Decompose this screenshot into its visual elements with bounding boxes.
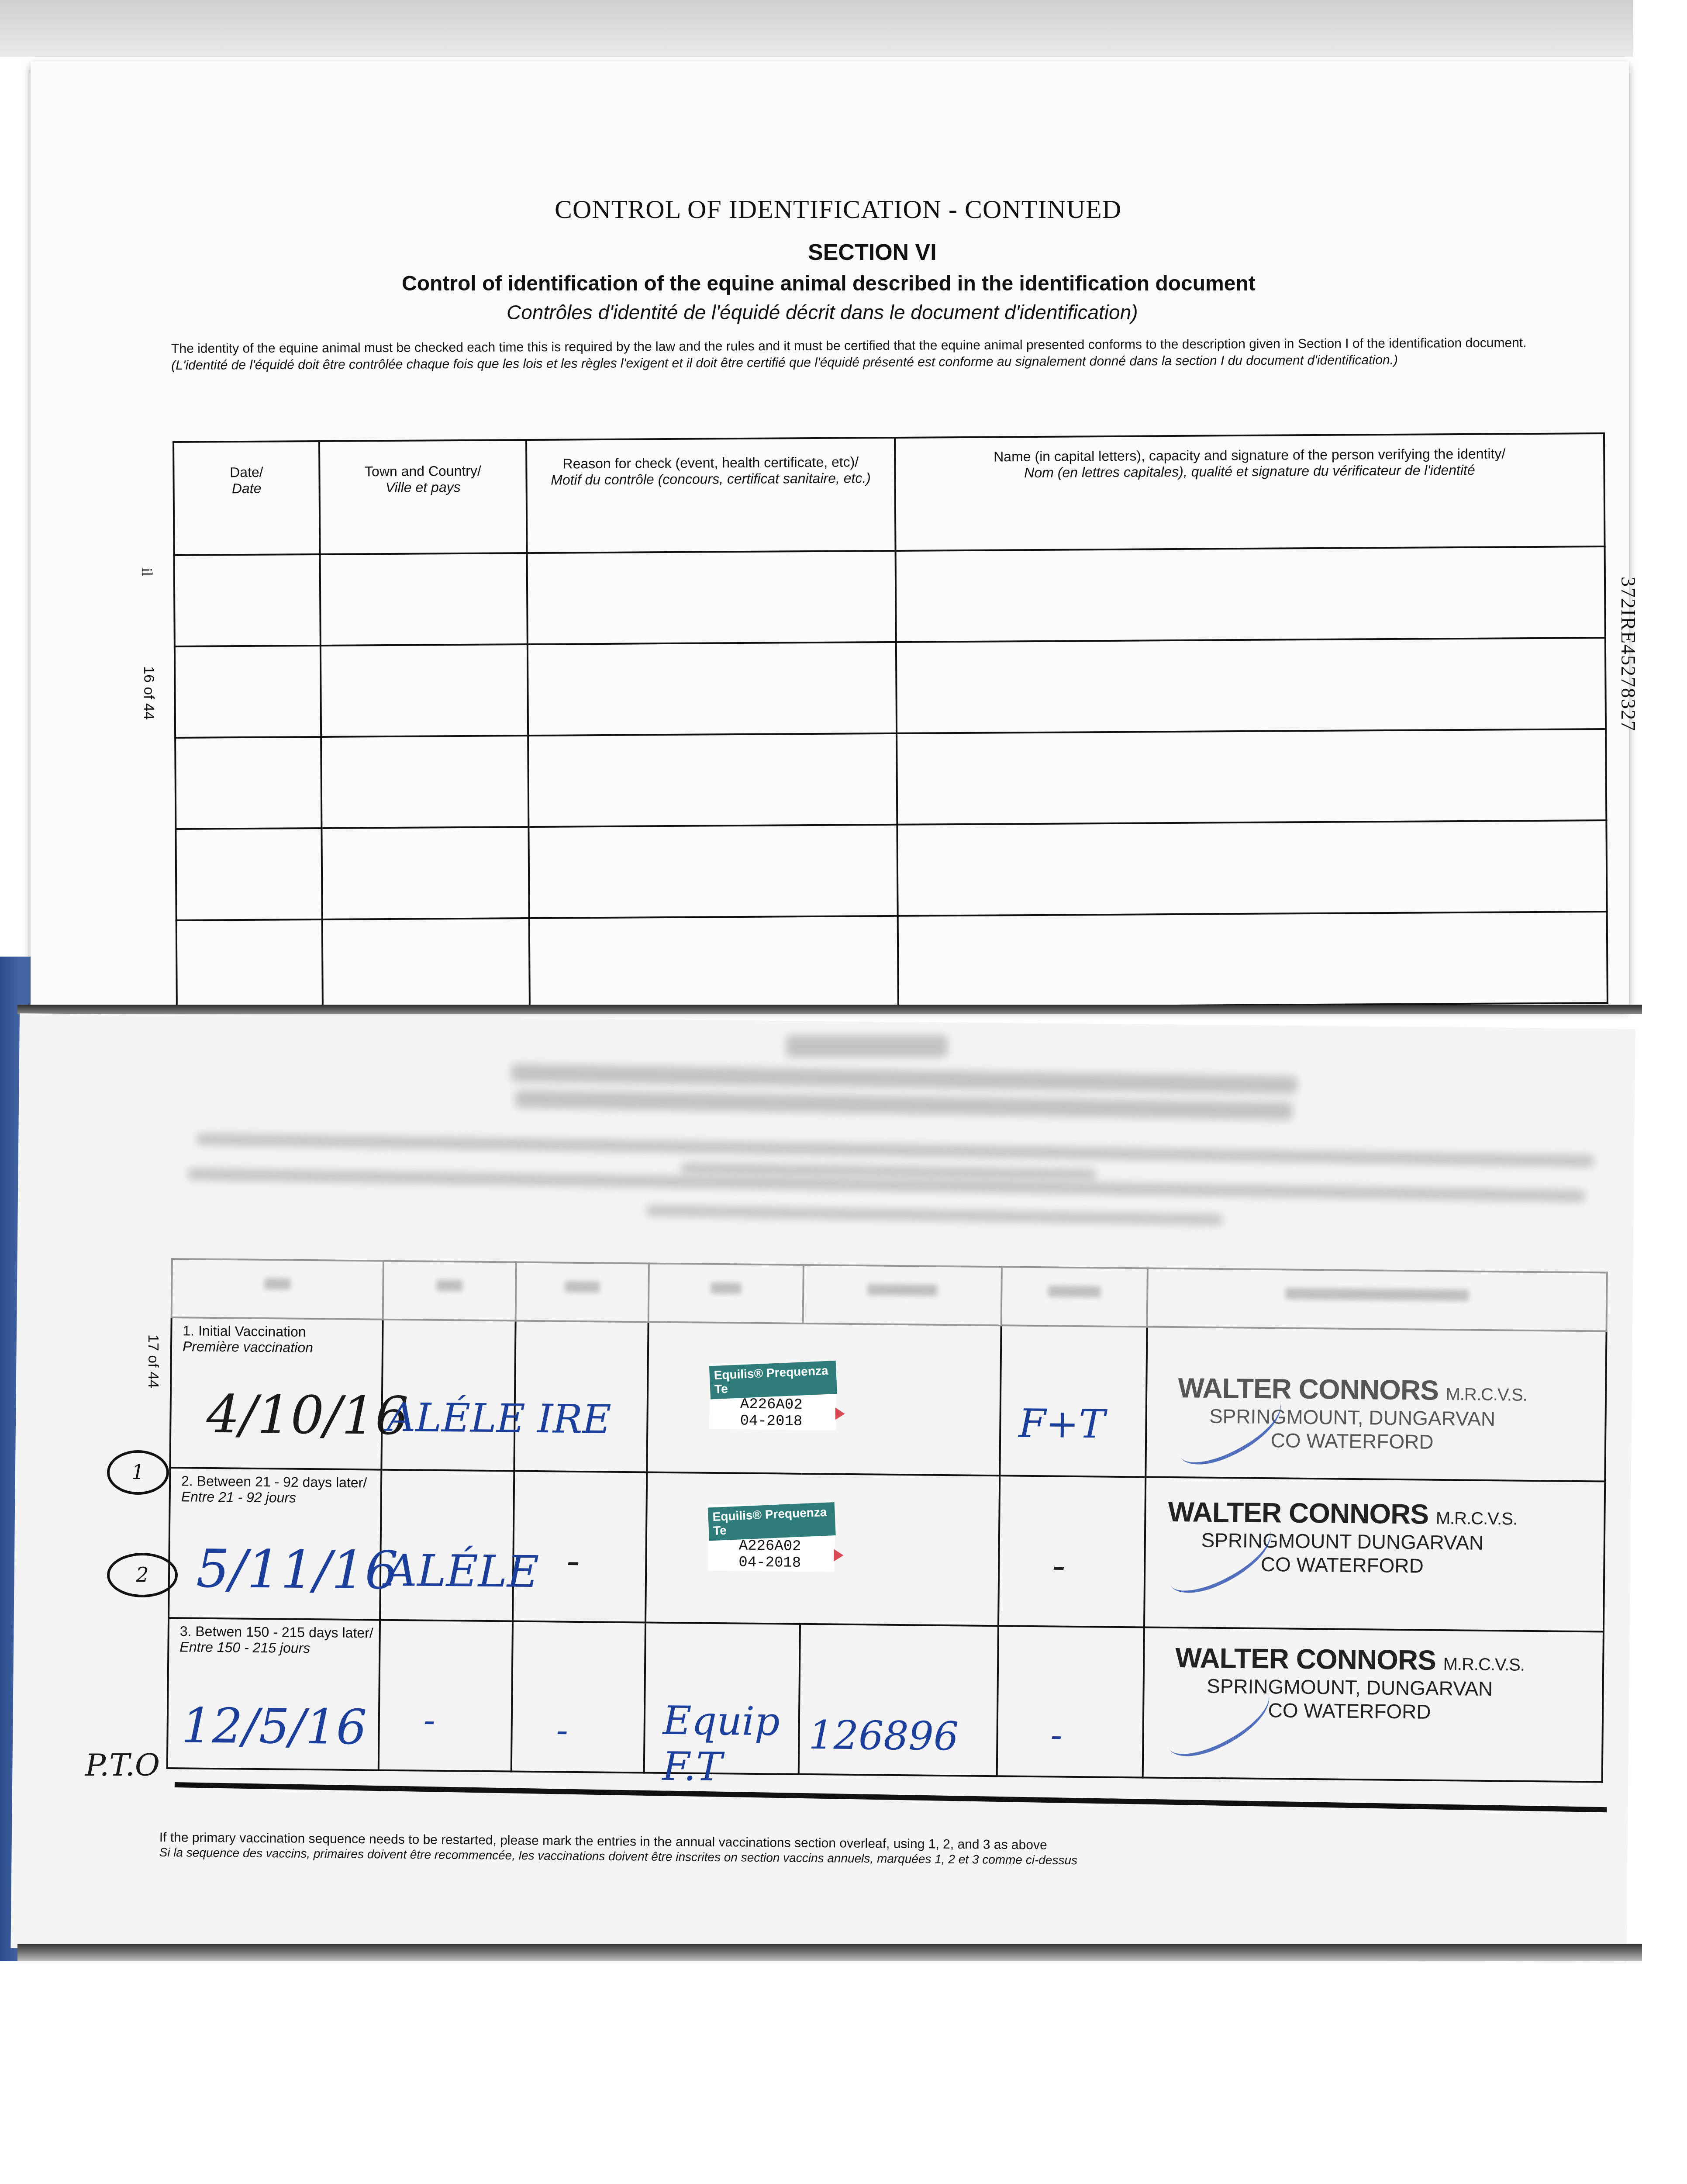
col-date-blurred [172, 1259, 383, 1320]
cell-row1-vaccine[interactable]: Equilis® Prequenza Te A226A02 04-2018 [647, 1322, 1001, 1476]
subtitle-en: Control of identification of the equine … [402, 272, 1256, 296]
cell-row3-date[interactable]: 3. Betwen 150 - 215 days later/Entre 150… [167, 1618, 380, 1770]
cell-reason[interactable] [528, 642, 897, 736]
cell-reason[interactable] [527, 551, 896, 644]
table-row [175, 729, 1606, 829]
sticker-corner-icon [835, 1408, 845, 1420]
col-date: Date/Date [173, 441, 320, 555]
margin-note-circled-2: 2 [107, 1553, 178, 1597]
cell-reason[interactable] [529, 916, 898, 1009]
cell-row3-country[interactable]: - [511, 1621, 645, 1773]
row3-country: - [556, 1710, 568, 1751]
row1-dosage: F+T [1018, 1401, 1105, 1448]
margin-note-circled-1: 1 [107, 1450, 169, 1495]
cell-date[interactable] [176, 828, 322, 920]
sticker-corner-icon [834, 1549, 843, 1562]
cell-date[interactable] [176, 919, 323, 1012]
table-row [176, 820, 1607, 920]
blurred-section-title [786, 1035, 948, 1057]
table-row: 1. Initial VaccinationPremière vaccinati… [170, 1317, 1606, 1482]
cell-row2-practitioner[interactable]: WALTER CONNORS M.R.C.V.S. SPRINGMOUNT DU… [1144, 1477, 1605, 1631]
vaccine-sticker: Equilis® Prequenza Te A226A02 04-2018 [709, 1363, 836, 1431]
row1-place: ALÉLE [387, 1395, 525, 1442]
primary-vaccination-table: 1. Initial VaccinationPremière vaccinati… [166, 1258, 1608, 1783]
col-verifier: Name (in capital letters), capacity and … [895, 433, 1605, 551]
cell-row3-batch[interactable]: 126896 [799, 1624, 998, 1776]
page-fold [17, 1005, 1642, 1014]
cell-date[interactable] [174, 554, 321, 646]
cell-verifier[interactable] [896, 638, 1606, 733]
margin-note-pto: P.T.O [85, 1747, 160, 1783]
identity-check-table: Date/Date Town and Country/Ville et pays… [172, 432, 1608, 1013]
table-row [176, 912, 1608, 1012]
subtitle-fr: Contrôles d'identité de l'équidé décrit … [507, 301, 1138, 324]
cell-verifier[interactable] [896, 546, 1605, 642]
cell-date[interactable] [175, 737, 321, 829]
cell-row2-vaccine[interactable]: Equilis® Prequenza Te A226A02 04-2018 [645, 1472, 1000, 1626]
cell-reason[interactable] [528, 825, 897, 918]
row2-date: 5/11/16 [196, 1539, 399, 1601]
cell-verifier[interactable] [898, 912, 1608, 1007]
margin-mark: il [138, 568, 155, 576]
page-heading: CONTROL OF IDENTIFICATION - CONTINUED [555, 194, 1121, 225]
scanner-top-edge [0, 0, 1633, 57]
instructions-paragraph: The identity of the equine animal must b… [171, 335, 1586, 374]
col-vaccine-name-blurred [649, 1264, 804, 1324]
page-number-bottom: 17 of 44 [145, 1334, 162, 1388]
row1-country: IRE [537, 1396, 611, 1443]
cell-row2-country[interactable]: - [513, 1471, 647, 1623]
cell-date[interactable] [175, 646, 321, 738]
cell-town[interactable] [322, 918, 530, 1011]
cell-town[interactable] [321, 827, 529, 919]
col-country-blurred [516, 1262, 649, 1322]
table-row: 2. Between 21 - 92 days later/Entre 21 -… [169, 1468, 1605, 1632]
cell-row3-vaccine-name[interactable]: Equip F.T [644, 1622, 800, 1774]
row2-dosage: - [1052, 1542, 1066, 1588]
passport-side-code: 372IRE45278327 [1617, 577, 1640, 732]
row1-date: 4/10/16 [206, 1384, 409, 1447]
cell-reason[interactable] [528, 733, 897, 827]
table-row: 3. Betwen 150 - 215 days later/Entre 150… [167, 1618, 1604, 1782]
col-reason: Reason for check (event, health certific… [526, 438, 896, 553]
cell-row2-place[interactable]: ALÉLE [380, 1470, 514, 1621]
cell-row1-date[interactable]: 1. Initial VaccinationPremière vaccinati… [170, 1317, 383, 1470]
cell-town[interactable] [320, 553, 528, 646]
table-row [174, 546, 1605, 646]
cell-town[interactable] [321, 736, 528, 828]
cell-verifier[interactable] [897, 729, 1606, 825]
col-dosage-blurred [1001, 1267, 1148, 1327]
cell-verifier[interactable] [897, 820, 1607, 916]
row3-place: - [423, 1700, 435, 1741]
cell-row2-date[interactable]: 2. Between 21 - 92 days later/Entre 21 -… [169, 1468, 381, 1620]
page-number-top: 16 of 44 [140, 666, 157, 720]
cell-row2-dosage[interactable]: - [998, 1476, 1145, 1627]
row1-label: 1. Initial VaccinationPremière vaccinati… [183, 1323, 313, 1355]
row3-vaccine-name: Equip F.T [662, 1698, 798, 1791]
row2-country: - [566, 1538, 580, 1584]
col-practitioner-blurred [1147, 1268, 1607, 1331]
row3-date: 12/5/16 [181, 1697, 367, 1755]
cell-row1-place[interactable]: ALÉLE [381, 1320, 515, 1471]
page-bottom-edge [17, 1944, 1642, 1961]
col-batch-blurred [803, 1265, 1002, 1325]
cell-town[interactable] [321, 644, 528, 737]
cell-row1-dosage[interactable]: F+T [1000, 1325, 1147, 1477]
row3-label: 3. Betwen 150 - 215 days later/Entre 150… [179, 1623, 373, 1656]
scanner-right-margin [1633, 0, 1687, 2184]
row2-label: 2. Between 21 - 92 days later/Entre 21 -… [181, 1473, 367, 1506]
section-title: SECTION VI [808, 239, 937, 266]
cell-row1-practitioner[interactable]: WALTER CONNORS M.R.C.V.S. SPRINGMOUNT, D… [1145, 1327, 1606, 1481]
cell-row3-dosage[interactable]: - [997, 1626, 1144, 1777]
table-row [175, 638, 1606, 738]
row3-dosage: - [1050, 1714, 1063, 1755]
row3-batch: 126896 [808, 1712, 959, 1759]
col-place-blurred [383, 1261, 516, 1321]
cell-row1-country[interactable]: IRE [514, 1321, 648, 1472]
table-header-row: Date/Date Town and Country/Ville et pays… [173, 433, 1605, 555]
cell-row3-place[interactable]: - [379, 1620, 513, 1772]
cell-row3-practitioner[interactable]: WALTER CONNORS M.R.C.V.S. SPRINGMOUNT, D… [1143, 1627, 1604, 1782]
vaccine-sticker: Equilis® Prequenza Te A226A02 04-2018 [708, 1504, 835, 1572]
col-town-country: Town and Country/Ville et pays [319, 440, 527, 554]
